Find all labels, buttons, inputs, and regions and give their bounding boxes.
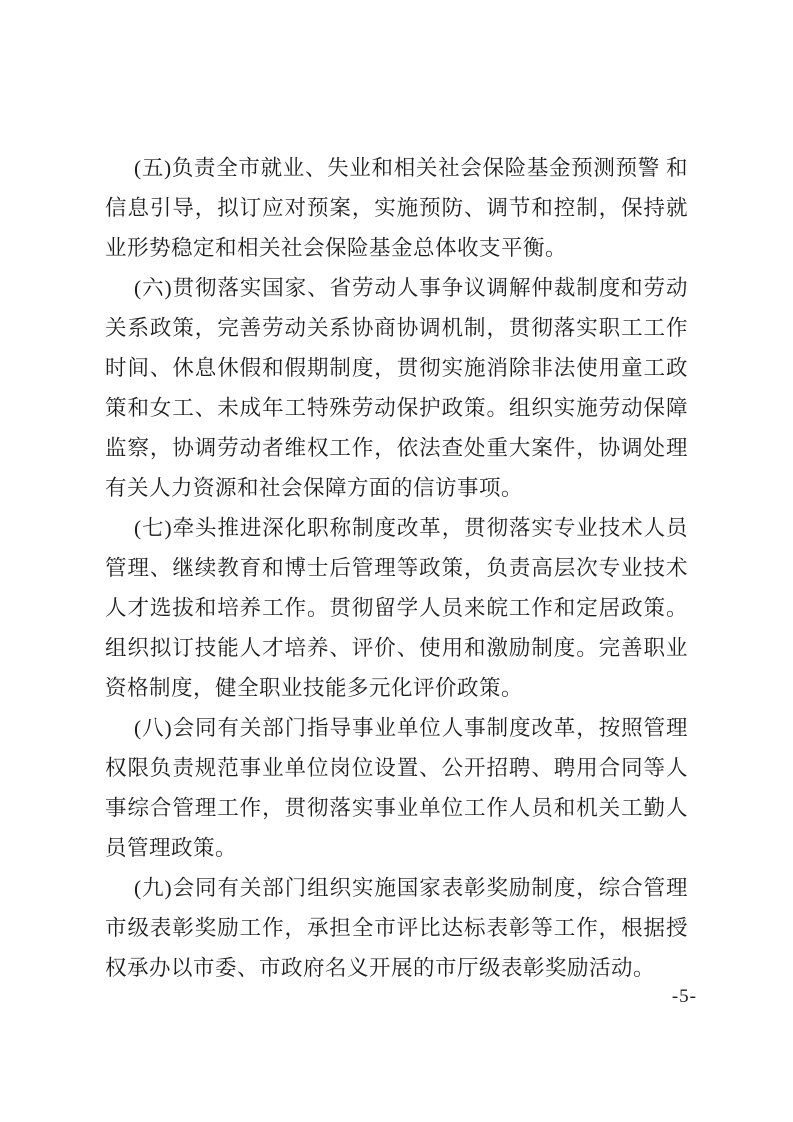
paragraph-item-9: (九)会同有关部门组织实施国家表彰奖励制度，综合管理市级表彰奖励工作，承担全市评…	[105, 868, 688, 988]
paragraph-item-7: (七)牵头推进深化职称制度改革，贯彻落实专业技术人员管理、继续教育和博士后管理等…	[105, 508, 688, 708]
paragraph-item-5: (五)负责全市就业、失业和相关社会保险基金预测预警 和信息引导，拟订应对预案，实…	[105, 148, 688, 268]
document-page: (五)负责全市就业、失业和相关社会保险基金预测预警 和信息引导，拟订应对预案，实…	[0, 0, 793, 1122]
paragraph-item-8: (八)会同有关部门指导事业单位人事制度改革，按照管理权限负责规范事业单位岗位设置…	[105, 708, 688, 868]
paragraph-item-6: (六)贯彻落实国家、省劳动人事争议调解仲裁制度和劳动关系政策，完善劳动关系协商协…	[105, 268, 688, 508]
document-body: (五)负责全市就业、失业和相关社会保险基金预测预警 和信息引导，拟订应对预案，实…	[105, 148, 688, 988]
page-number: -5-	[672, 986, 697, 1008]
